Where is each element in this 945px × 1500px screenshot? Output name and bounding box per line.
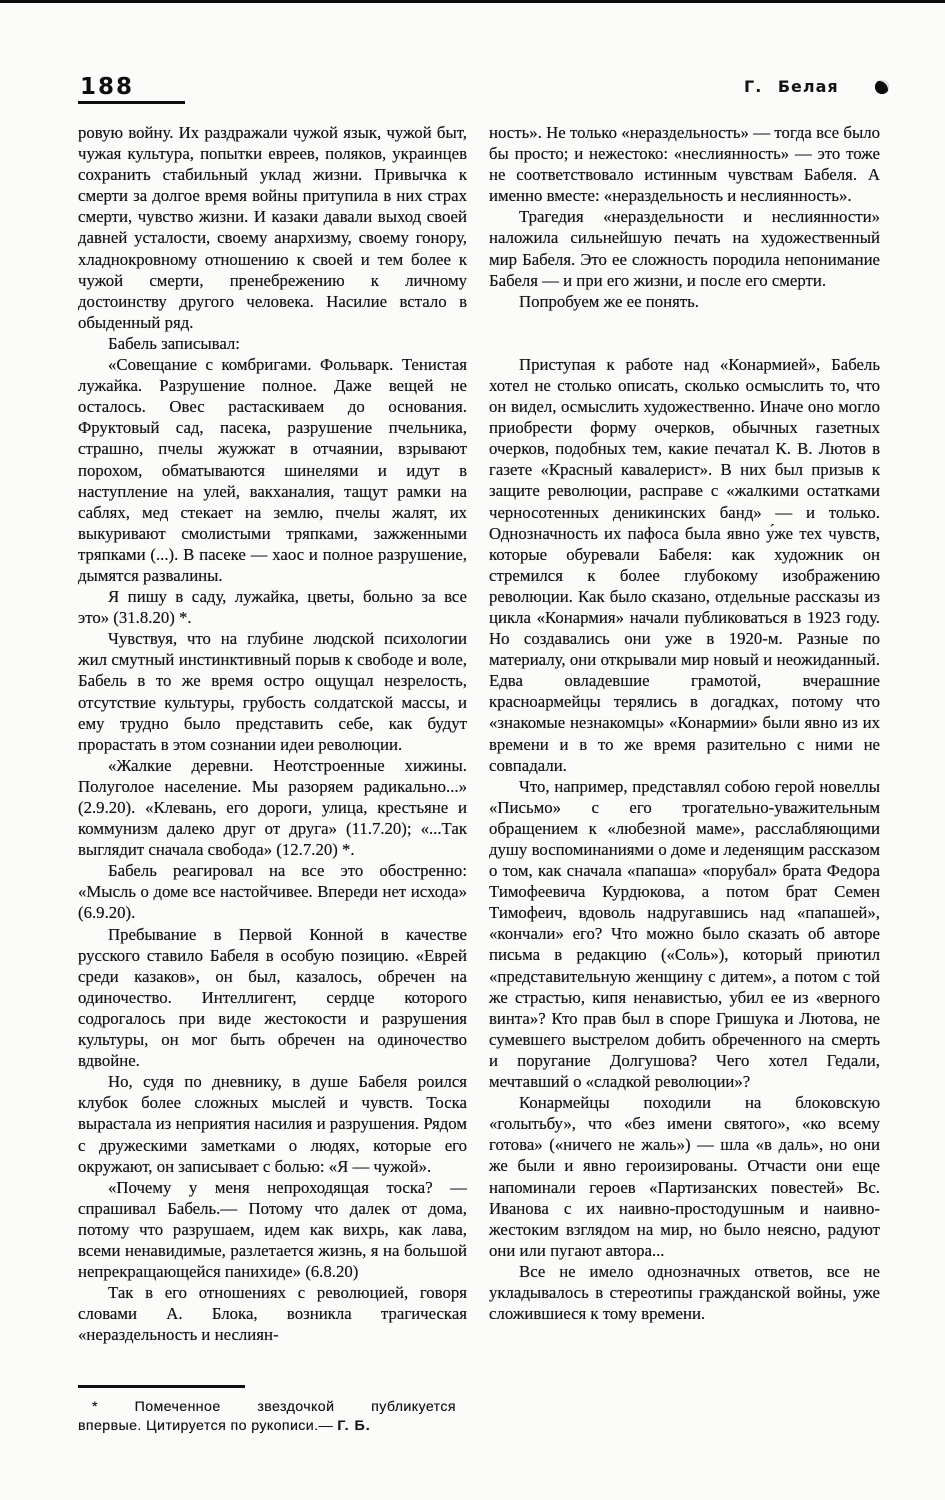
paragraph: «Почему у меня непроходящая тоска? — спр… <box>78 1177 467 1282</box>
book-page: 188 Г. Белая ровую войну. Их раздражали … <box>0 0 945 1500</box>
running-head-author: Г. Белая <box>744 77 854 96</box>
paragraph: Пребывание в Первой Конной в качестве ру… <box>78 924 467 1072</box>
footnote-text: впервые. Цитируется по рукописи.— <box>78 1418 333 1434</box>
text-column-right: ность». Не только «нераздельность» — тог… <box>489 122 880 1482</box>
footnote-text-line2: впервые. Цитируется по рукописи.— Г. Б. <box>78 1417 456 1436</box>
paragraph: Приступая к работе над «Конармией», Бабе… <box>489 354 880 776</box>
paragraph: Трагедия «нераздельности и неслиянности»… <box>489 206 880 290</box>
filled-circle-ornament-icon <box>875 80 889 94</box>
paragraph: ность». Не только «нераздельность» — тог… <box>489 122 880 206</box>
paragraph: Конармейцы походили на блоковскую «голыт… <box>489 1092 880 1261</box>
paragraph: Чувствуя, что на глубине людской психоло… <box>78 628 467 755</box>
paragraph: Но, судя по дневнику, в душе Бабеля роил… <box>78 1071 467 1176</box>
paragraph: Так в его отношениях с революцией, говор… <box>78 1282 467 1345</box>
paragraph: Попробуем же ее понять. <box>489 291 880 312</box>
paragraph: Все не имело однозначных ответов, все не… <box>489 1261 880 1324</box>
text-column-left: ровую войну. Их раздражали чужой язык, ч… <box>78 122 467 1380</box>
paragraph: ровую войну. Их раздражали чужой язык, ч… <box>78 122 467 333</box>
paragraph: «Совещание с комбригами. Фольварк. Тенис… <box>78 354 467 586</box>
paragraph: Бабель записывал: <box>78 333 467 354</box>
page-top-edge-rule <box>0 0 945 3</box>
footnote: * Помеченное звездочкой публикуется впер… <box>78 1398 456 1435</box>
paragraph: Я пишу в саду, лужайка, цветы, больно за… <box>78 586 467 628</box>
footnote-text-line1: * Помеченное звездочкой публикуется <box>78 1398 456 1417</box>
footnote-author: Г. Б. <box>337 1418 370 1434</box>
paragraph: «Жалкие деревни. Неотстроенные хижины. П… <box>78 755 467 860</box>
page-number-underline <box>78 101 185 104</box>
paragraph: Бабель реагировал на все это обостренно:… <box>78 860 467 923</box>
page-number: 188 <box>80 74 134 100</box>
footnote-separator-rule <box>78 1385 245 1388</box>
paragraph: Что, например, представлял собою герой н… <box>489 776 880 1092</box>
